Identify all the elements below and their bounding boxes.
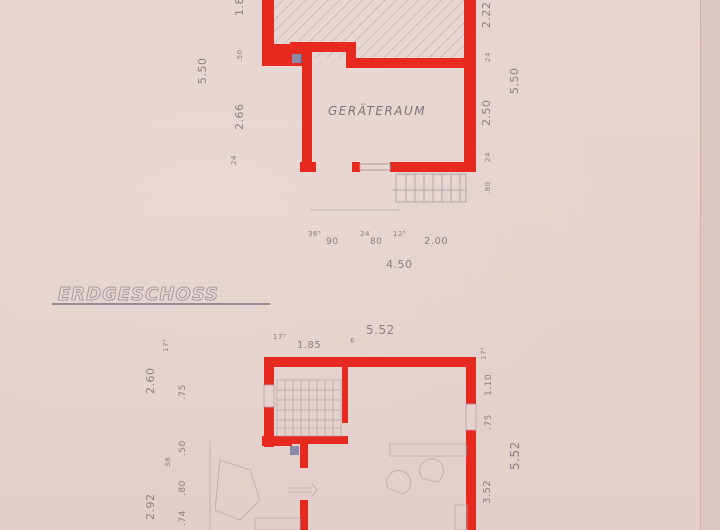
lower-right-dim-2: 1.10 [484,374,494,396]
floor-title-erdgeschoss: ERDGESCHOSS [58,284,219,305]
upper-bottom-dim-3: 24 [360,230,370,238]
title-underline [52,303,270,305]
floor-plan-drawing [0,0,720,530]
lower-left-dim-3: 17⁵ [162,339,170,352]
upper-left-dim-2: .50 [236,49,244,62]
upper-bottom-dim-6: 2.00 [424,236,448,247]
upper-bottom-dim-5: 12⁵ [393,230,406,238]
lower-left-dim-1: 2.60 [144,368,157,395]
lower-left-dim-5: .50 [178,440,188,456]
lower-left-dim-2: 2.92 [144,494,157,521]
upper-right-dim-3: 2.50 [480,100,493,127]
staircase-grid [277,380,341,436]
lower-left-dim-8: .74 [178,510,188,526]
lower-right-dim-4: 3.52 [482,480,493,504]
lower-top-dim-3: 6 [350,337,355,345]
upper-right-dim-5: .80 [484,181,492,194]
ground-floor-plan [210,357,476,530]
lower-left-dim-4: .75 [178,384,188,400]
lower-right-overall-dimension: 5.52 [508,441,522,470]
lower-right-dim-1: 17⁵ [480,347,488,360]
lower-top-overall-dimension: 5.52 [366,323,395,337]
upper-left-overall-dimension: 5.50 [196,58,209,85]
lower-right-dim-3: .75 [484,414,494,430]
lower-left-dim-6: 38 [164,457,172,467]
upper-left-dim-4: 24 [230,155,238,165]
room-label-geraeteraum: GERÄTERAUM [328,104,426,118]
stairs [392,174,466,202]
upper-bottom-dim-1: 36⁵ [308,230,321,238]
upper-right-overall-dimension: 5.50 [508,68,521,95]
upper-bottom-dim-2: 90 [326,237,338,247]
upper-bottom-overall-dimension: 4.50 [386,258,413,271]
upper-left-dim-3: 2.66 [233,104,246,131]
upper-right-dim-4: 24 [484,152,492,162]
upper-bottom-dim-4: 80 [370,237,382,247]
lower-left-dim-7: .80 [178,480,188,496]
furniture [210,440,467,530]
lower-top-dim-2: 1.85 [297,340,321,351]
upper-left-dim-1: 1.8 [233,0,246,16]
upper-right-dim-1: 2.22 [480,2,493,29]
lower-top-dim-1: 17⁵ [273,333,286,341]
upper-right-dim-2: 24 [484,52,492,62]
